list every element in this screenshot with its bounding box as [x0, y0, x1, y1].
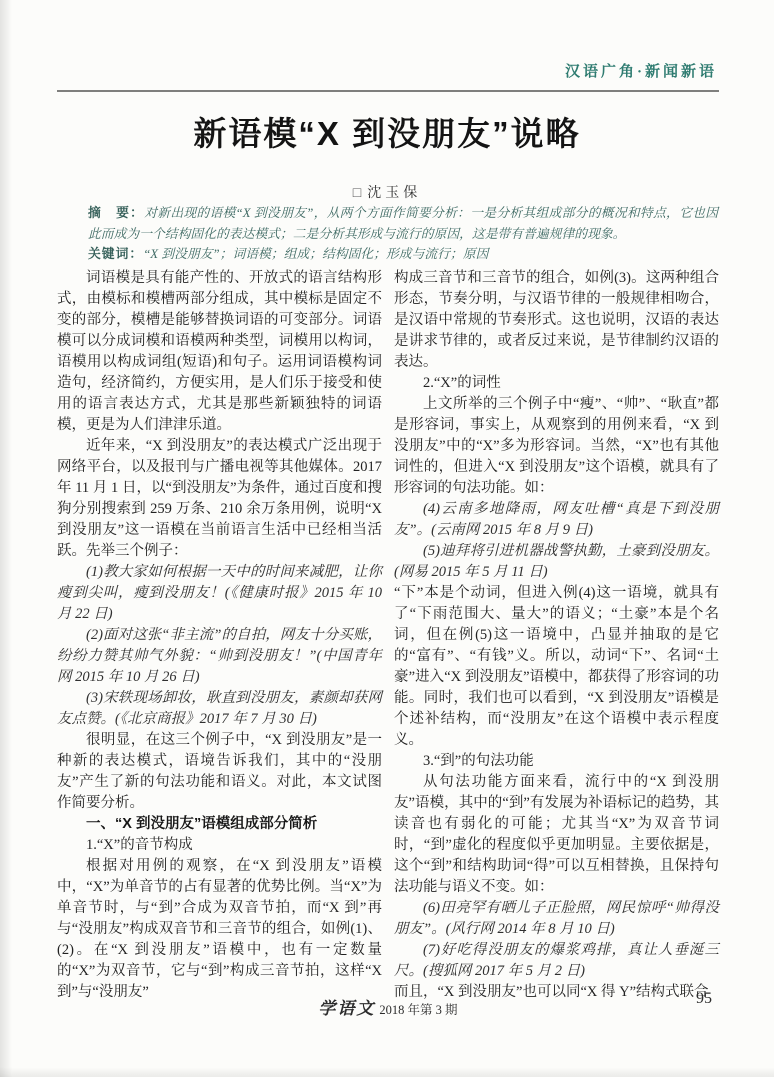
abstract-paragraph: 摘 要：对新出现的语模“X 到没朋友”，从两个方面作简要分析：一是分析其组成部分… — [88, 203, 718, 244]
column-header-label: 汉语广角·新闻新语 — [565, 60, 717, 81]
abstract-block: 摘 要：对新出现的语模“X 到没朋友”，从两个方面作简要分析：一是分析其组成部分… — [88, 203, 718, 265]
example-sentence: (3)宋轶现场卸妆，耿直到没朋友，素颜却获网友点赞。(《北京商报》2017 年 … — [57, 688, 382, 730]
footer: 学语文2018 年第 3 期 — [57, 994, 719, 1019]
section-heading: 一、“X 到没朋友”语模组成部分简析 — [57, 814, 382, 835]
journal-page: 汉语广角·新闻新语 新语模“X 到没朋友”说略 □沈玉保 摘 要：对新出现的语模… — [0, 0, 774, 1077]
subsection-heading: 1.“X”的音节构成 — [57, 835, 382, 856]
article-title: 新语模“X 到没朋友”说略 — [0, 108, 774, 155]
article-body: 词语模是具有能产性的、开放式的语言结构形式，由模标和模槽两部分组成，其中模标是固… — [57, 268, 719, 1003]
example-sentence: (1)教大家如何根据一天中的时间来减肥，让你瘦到尖叫，瘦到没朋友！(《健康时报》… — [57, 562, 382, 625]
paragraph: 很明显，在这三个例子中，“X 到没朋友”是一种新的表达模式，语境告诉我们，其中的… — [57, 730, 382, 814]
right-column: 构成三音节和三音节的组合，如例(3)。这两种组合形态，节奏分明，与汉语节律的一般… — [394, 268, 719, 1003]
author-name: 沈玉保 — [367, 186, 421, 201]
subsection-heading: 3.“到”的句法功能 — [394, 751, 719, 772]
paragraph: “下”本是个动词，但进入例(4)这一语境，就具有了“下雨范围大、量大”的语义；“… — [394, 583, 719, 751]
example-sentence: (2)面对这张“非主流”的自拍，网友十分买账，纷纷力赞其帅气外貌：“帅到没朋友！… — [57, 625, 382, 688]
keywords-paragraph: 关键词：“X 到没朋友”；词语模；组成；结构固化；形成与流行；原因 — [88, 244, 718, 265]
journal-name: 学语文 — [318, 999, 375, 1019]
paragraph: 从句法功能方面来看，流行中的“X 到没朋友”语模，其中的“到”有发展为补语标记的… — [394, 772, 719, 898]
keywords-label: 关键词： — [88, 247, 143, 261]
paragraph: 构成三音节和三音节的组合，如例(3)。这两种组合形态，节奏分明，与汉语节律的一般… — [394, 268, 719, 373]
subsection-heading: 2.“X”的词性 — [394, 373, 719, 394]
paragraph: 根据对用例的观察，在“X 到没朋友”语模中，“X”为单音节的占有显著的优势比例。… — [57, 856, 382, 1003]
example-sentence: (6)田亮罕有晒儿子正脸照，网民惊呼“帅得没朋友”。(风行网 2014 年 8 … — [394, 898, 719, 940]
journal-issue: 2018 年第 3 期 — [379, 1003, 457, 1017]
header-divider — [57, 90, 719, 92]
abstract-label: 摘 要： — [88, 206, 144, 220]
paragraph: 词语模是具有能产性的、开放式的语言结构形式，由模标和模槽两部分组成，其中模标是固… — [57, 268, 382, 436]
author-box-marker-icon: □ — [353, 186, 361, 201]
abstract-text: 对新出现的语模“X 到没朋友”，从两个方面作简要分析：一是分析其组成部分的概况和… — [88, 206, 718, 241]
author-line: □沈玉保 — [0, 182, 774, 202]
example-sentence: (7)好吃得没朋友的爆浆鸡排，真让人垂涎三尺。(搜狐网 2017 年 5 月 2… — [394, 940, 719, 982]
example-sentence: (4)云南多地降雨，网友吐槽“真是下到没朋友”。(云南网 2015 年 8 月 … — [394, 499, 719, 541]
example-sentence: (5)迪拜将引进机器战警执勤，土豪到没朋友。(网易 2015 年 5 月 11 … — [394, 541, 719, 583]
keywords-text: “X 到没朋友”；词语模；组成；结构固化；形成与流行；原因 — [143, 247, 488, 261]
paragraph: 上文所举的三个例子中“瘦”、“帅”、“耿直”都是形容词，事实上，从观察到的用例来… — [394, 394, 719, 499]
paragraph: 近年来，“X 到没朋友”的表达模式广泛出现于网络平台，以及报刊与广播电视等其他媒… — [57, 436, 382, 562]
page-number: 95 — [696, 990, 712, 1008]
left-column: 词语模是具有能产性的、开放式的语言结构形式，由模标和模槽两部分组成，其中模标是固… — [57, 268, 382, 1003]
